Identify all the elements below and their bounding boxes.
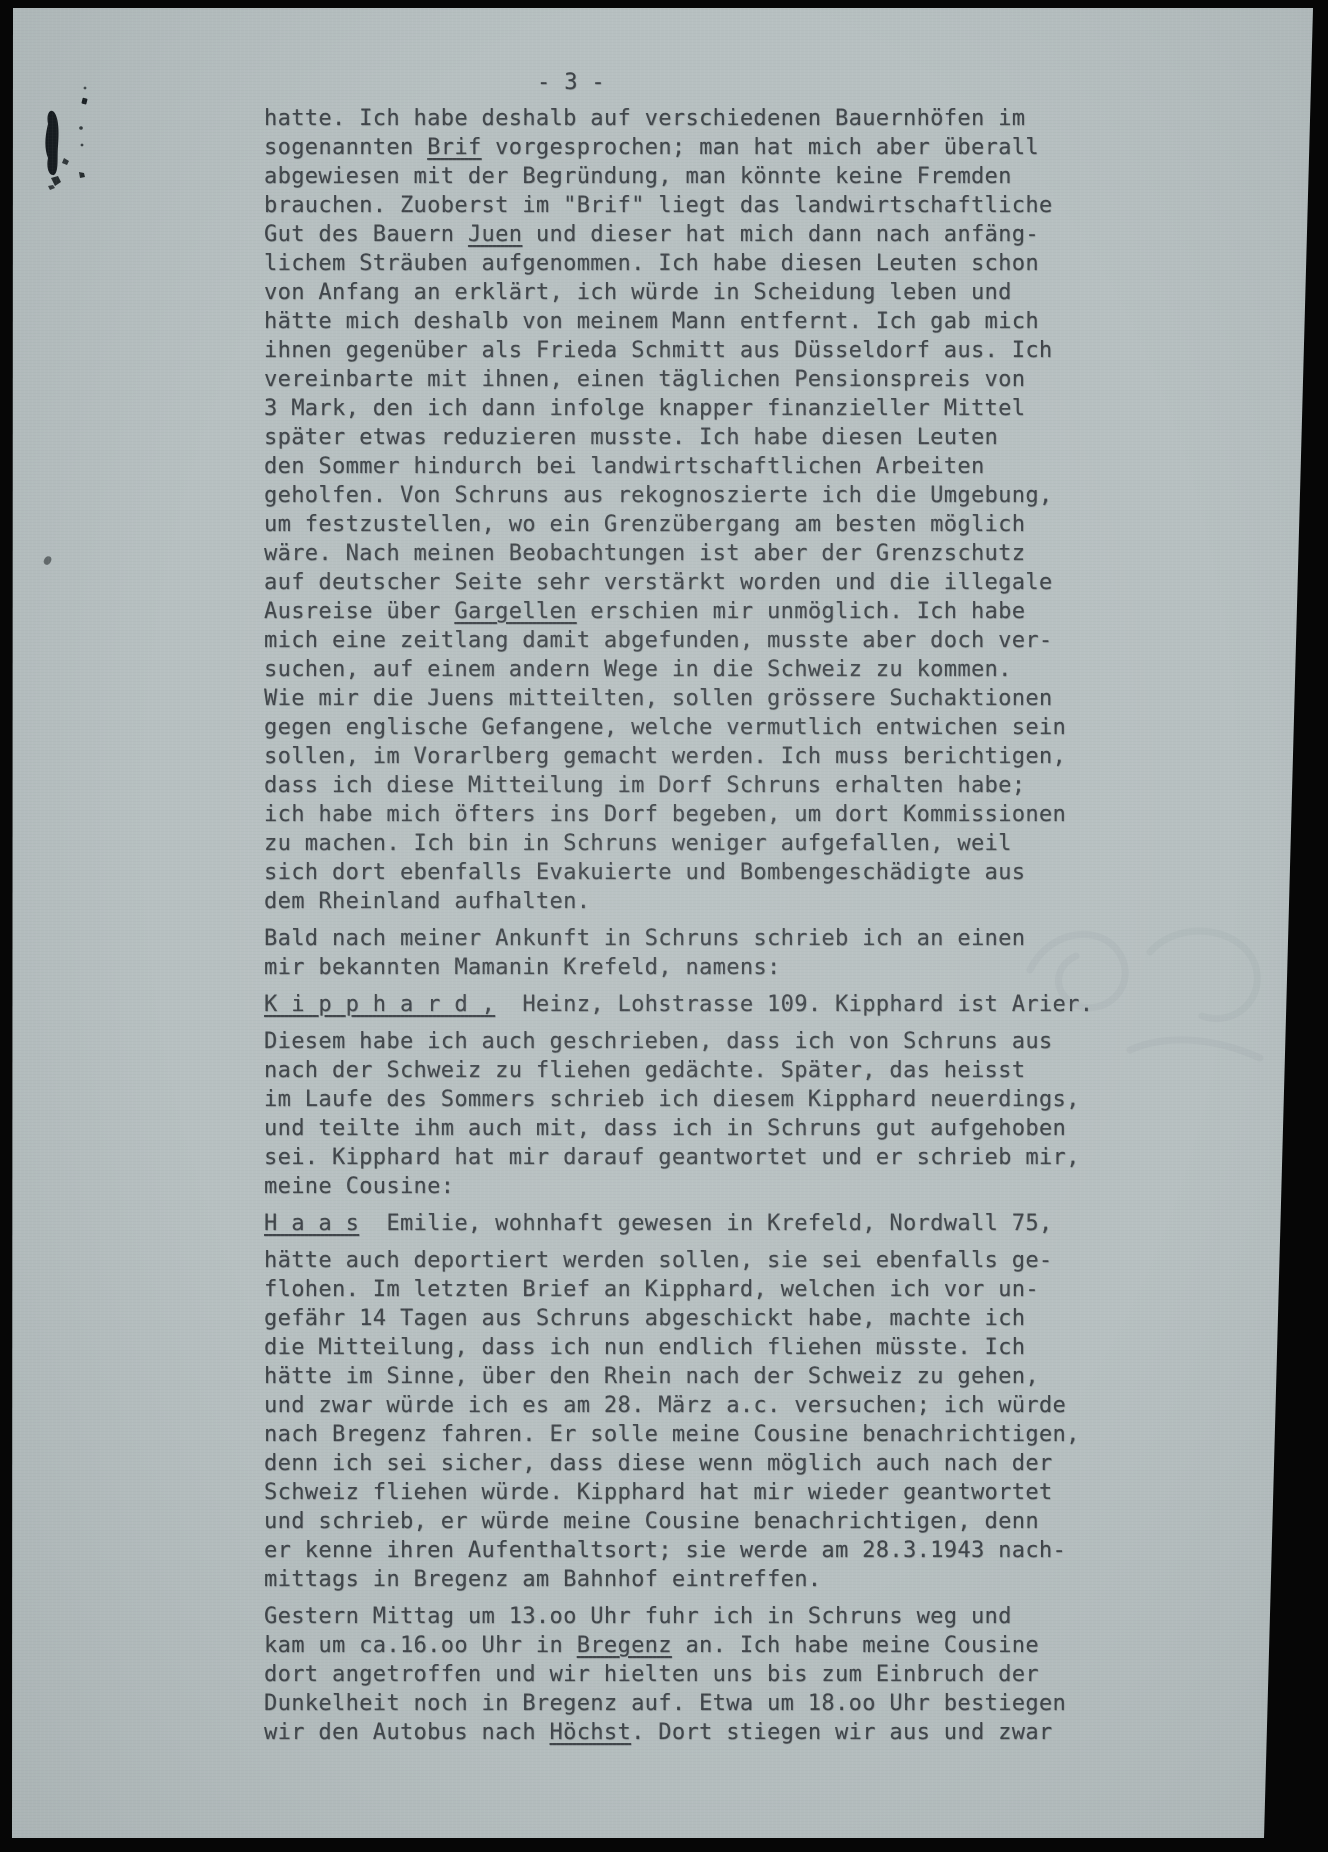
text-run: erschien mir unmöglich. Ich habe <box>577 599 1026 624</box>
text-run: ich habe mich öfters ins Dorf begeben, u… <box>264 802 1066 827</box>
paragraph: hatte. Ich habe deshalb auf verschiedene… <box>264 104 1124 916</box>
text-line: auf deutscher Seite sehr verstärkt worde… <box>264 568 1124 597</box>
text-run: kam um ca.16.oo Uhr in <box>264 1633 577 1658</box>
text-line: Diesem habe ich auch geschrieben, dass i… <box>264 1027 1124 1056</box>
text-run: hatte. Ich habe deshalb auf verschiedene… <box>264 106 1025 131</box>
text-run: 3 Mark, den ich dann infolge knapper fin… <box>264 396 1025 421</box>
text-run: Heinz, Lohstrasse 109. Kipphard ist Arie… <box>495 992 1093 1017</box>
text-run: ihnen gegenüber als Frieda Schmitt aus D… <box>264 338 1053 363</box>
text-run: im Laufe des Sommers schrieb ich diesem … <box>264 1087 1080 1112</box>
text-line: ihnen gegenüber als Frieda Schmitt aus D… <box>264 336 1124 365</box>
text-line: H a a s Emilie, wohnhaft gewesen in Kref… <box>264 1209 1124 1238</box>
text-line: hätte mich deshalb von meinem Mann entfe… <box>264 307 1124 336</box>
text-run: auf deutscher Seite sehr verstärkt worde… <box>264 570 1053 595</box>
faint-pencil-marks <box>1010 900 1290 1100</box>
text-run: flohen. Im letzten Brief an Kipphard, we… <box>264 1277 1039 1302</box>
text-line: mich eine zeitlang damit abgefunden, mus… <box>264 626 1124 655</box>
text-line: und zwar würde ich es am 28. März a.c. v… <box>264 1391 1124 1420</box>
text-line: kam um ca.16.oo Uhr in Bregenz an. Ich h… <box>264 1631 1124 1660</box>
text-line: ich habe mich öfters ins Dorf begeben, u… <box>264 800 1124 829</box>
text-line: lichem Sträuben aufgenommen. Ich habe di… <box>264 249 1124 278</box>
text-run: Gestern Mittag um 13.oo Uhr fuhr ich in … <box>264 1604 1012 1629</box>
text-line: geholfen. Von Schruns aus rekognoszierte… <box>264 481 1124 510</box>
text-run: und teilte ihm auch mit, dass ich in Sch… <box>264 1116 1066 1141</box>
text-run: suchen, auf einem andern Wege in die Sch… <box>264 657 1012 682</box>
text-run: die Mitteilung, dass ich nun endlich fli… <box>264 1335 1025 1360</box>
text-line: hätte im Sinne, über den Rhein nach der … <box>264 1362 1124 1391</box>
text-line: Ausreise über Gargellen erschien mir unm… <box>264 597 1124 626</box>
text-line: wäre. Nach meinen Beobachtungen ist aber… <box>264 539 1124 568</box>
text-line: K i p p h a r d , Heinz, Lohstrasse 109.… <box>264 990 1124 1019</box>
text-run: hätte auch deportiert werden sollen, sie… <box>264 1248 1053 1273</box>
text-run: hätte im Sinne, über den Rhein nach der … <box>264 1364 1039 1389</box>
text-run: sei. Kipphard hat mir darauf geantwortet… <box>264 1145 1080 1170</box>
text-line: Schweiz fliehen würde. Kipphard hat mir … <box>264 1478 1124 1507</box>
text-run: den Sommer hindurch bei landwirtschaftli… <box>264 454 985 479</box>
text-run: Schweiz fliehen würde. Kipphard hat mir … <box>264 1480 1053 1505</box>
text-run: geholfen. Von Schruns aus rekognoszierte… <box>264 483 1053 508</box>
text-run: Bald nach meiner Ankunft in Schruns schr… <box>264 926 1025 951</box>
text-run: sollen, im Vorarlberg gemacht werden. Ic… <box>264 744 1066 769</box>
text-run: und dieser hat mich dann nach anfäng- <box>522 222 1039 247</box>
text-line: er kenne ihren Aufenthaltsort; sie werde… <box>264 1536 1124 1565</box>
text-run: später etwas reduzieren musste. Ich habe… <box>264 425 998 450</box>
text-run: und zwar würde ich es am 28. März a.c. v… <box>264 1393 1066 1418</box>
underlined-text: H a a s <box>264 1211 359 1236</box>
text-run: und schrieb, er würde meine Cousine bena… <box>264 1509 1039 1534</box>
text-run: zu machen. Ich bin in Schruns weniger au… <box>264 831 1012 856</box>
text-line: um festzustellen, wo ein Grenzübergang a… <box>264 510 1124 539</box>
text-run: . Dort stiegen wir aus und zwar <box>631 1720 1052 1745</box>
text-line: nach Bregenz fahren. Er solle meine Cous… <box>264 1420 1124 1449</box>
text-line: gegen englische Gefangene, welche vermut… <box>264 713 1124 742</box>
text-line: Bald nach meiner Ankunft in Schruns schr… <box>264 924 1124 953</box>
text-run: wäre. Nach meinen Beobachtungen ist aber… <box>264 541 1025 566</box>
text-run: an. Ich habe meine Cousine <box>672 1633 1039 1658</box>
text-run: vereinbarte mit ihnen, einen täglichen P… <box>264 367 1025 392</box>
text-line: mir bekannten Mamanin Krefeld, namens: <box>264 953 1124 982</box>
text-line: dort angetroffen und wir hielten uns bis… <box>264 1660 1124 1689</box>
text-line: sogenannten Brif vorgesprochen; man hat … <box>264 133 1124 162</box>
document-body: hatte. Ich habe deshalb auf verschiedene… <box>264 104 1124 1747</box>
paragraph: hätte auch deportiert werden sollen, sie… <box>264 1246 1124 1594</box>
text-run: abgewiesen mit der Begründung, man könnt… <box>264 164 1012 189</box>
paragraph: H a a s Emilie, wohnhaft gewesen in Kref… <box>264 1209 1124 1238</box>
text-run: gegen englische Gefangene, welche vermut… <box>264 715 1066 740</box>
text-run: Wie mir die Juens mitteilten, sollen grö… <box>264 686 1053 711</box>
text-line: nach der Schweiz zu fliehen gedächte. Sp… <box>264 1056 1124 1085</box>
text-run: sich dort ebenfalls Evakuierte und Bombe… <box>264 860 1025 885</box>
text-line: später etwas reduzieren musste. Ich habe… <box>264 423 1124 452</box>
page-number: - 3 - <box>537 70 605 95</box>
text-run: um festzustellen, wo ein Grenzübergang a… <box>264 512 1025 537</box>
text-line: vereinbarte mit ihnen, einen täglichen P… <box>264 365 1124 394</box>
text-line: meine Cousine: <box>264 1172 1124 1201</box>
text-line: Dunkelheit noch in Bregenz auf. Etwa um … <box>264 1689 1124 1718</box>
underlined-text: Bregenz <box>577 1633 672 1658</box>
text-run: von Anfang an erklärt, ich würde in Sche… <box>264 280 1012 305</box>
underlined-text: Höchst <box>550 1720 632 1745</box>
scanned-page-background: - 3 - hatte. Ich habe deshalb auf versch… <box>0 0 1328 1852</box>
text-line: abgewiesen mit der Begründung, man könnt… <box>264 162 1124 191</box>
text-line: flohen. Im letzten Brief an Kipphard, we… <box>264 1275 1124 1304</box>
text-line: hätte auch deportiert werden sollen, sie… <box>264 1246 1124 1275</box>
text-run: nach der Schweiz zu fliehen gedächte. Sp… <box>264 1058 1025 1083</box>
text-line: sei. Kipphard hat mir darauf geantwortet… <box>264 1143 1124 1172</box>
text-run: meine Cousine: <box>264 1174 454 1199</box>
ink-blot <box>38 86 100 190</box>
text-run: dem Rheinland aufhalten. <box>264 889 590 914</box>
underlined-text: Brif <box>427 135 481 160</box>
text-line: den Sommer hindurch bei landwirtschaftli… <box>264 452 1124 481</box>
text-run: Diesem habe ich auch geschrieben, dass i… <box>264 1029 1053 1054</box>
text-run: dort angetroffen und wir hielten uns bis… <box>264 1662 1039 1687</box>
text-run: Emilie, wohnhaft gewesen in Krefeld, Nor… <box>359 1211 1052 1236</box>
text-run: Gut des Bauern <box>264 222 468 247</box>
text-run: lichem Sträuben aufgenommen. Ich habe di… <box>264 251 1039 276</box>
text-line: gefähr 14 Tagen aus Schruns abgeschickt … <box>264 1304 1124 1333</box>
text-line: 3 Mark, den ich dann infolge knapper fin… <box>264 394 1124 423</box>
text-run: mir bekannten Mamanin Krefeld, namens: <box>264 955 781 980</box>
text-line: Gestern Mittag um 13.oo Uhr fuhr ich in … <box>264 1602 1124 1631</box>
text-line: denn ich sei sicher, dass diese wenn mög… <box>264 1449 1124 1478</box>
text-line: Gut des Bauern Juen und dieser hat mich … <box>264 220 1124 249</box>
text-line: im Laufe des Sommers schrieb ich diesem … <box>264 1085 1124 1114</box>
text-run: gefähr 14 Tagen aus Schruns abgeschickt … <box>264 1306 1025 1331</box>
text-line: hatte. Ich habe deshalb auf verschiedene… <box>264 104 1124 133</box>
text-line: sich dort ebenfalls Evakuierte und Bombe… <box>264 858 1124 887</box>
text-run: brauchen. Zuoberst im "Brif" liegt das l… <box>264 193 1053 218</box>
text-run: wir den Autobus nach <box>264 1720 550 1745</box>
text-run: er kenne ihren Aufenthaltsort; sie werde… <box>264 1538 1066 1563</box>
paragraph: Bald nach meiner Ankunft in Schruns schr… <box>264 924 1124 982</box>
text-run: denn ich sei sicher, dass diese wenn mög… <box>264 1451 1053 1476</box>
text-line: dass ich diese Mitteilung im Dorf Schrun… <box>264 771 1124 800</box>
underlined-text: Gargellen <box>454 599 576 624</box>
text-run: Dunkelheit noch in Bregenz auf. Etwa um … <box>264 1691 1066 1716</box>
underlined-text: K i p p h a r d , <box>264 992 495 1017</box>
text-run: dass ich diese Mitteilung im Dorf Schrun… <box>264 773 1025 798</box>
text-line: von Anfang an erklärt, ich würde in Sche… <box>264 278 1124 307</box>
text-run: Ausreise über <box>264 599 454 624</box>
text-line: dem Rheinland aufhalten. <box>264 887 1124 916</box>
text-run: vorgesprochen; man hat mich aber überall <box>482 135 1039 160</box>
text-run: mittags in Bregenz am Bahnhof eintreffen… <box>264 1567 821 1592</box>
text-run: sogenannten <box>264 135 427 160</box>
text-line: brauchen. Zuoberst im "Brif" liegt das l… <box>264 191 1124 220</box>
text-line: und schrieb, er würde meine Cousine bena… <box>264 1507 1124 1536</box>
text-line: mittags in Bregenz am Bahnhof eintreffen… <box>264 1565 1124 1594</box>
paper-speck <box>43 555 53 566</box>
text-run: mich eine zeitlang damit abgefunden, mus… <box>264 628 1053 653</box>
text-line: Wie mir die Juens mitteilten, sollen grö… <box>264 684 1124 713</box>
underlined-text: Juen <box>468 222 522 247</box>
text-line: zu machen. Ich bin in Schruns weniger au… <box>264 829 1124 858</box>
text-run: hätte mich deshalb von meinem Mann entfe… <box>264 309 1039 334</box>
text-line: sollen, im Vorarlberg gemacht werden. Ic… <box>264 742 1124 771</box>
text-line: wir den Autobus nach Höchst. Dort stiege… <box>264 1718 1124 1747</box>
text-run: nach Bregenz fahren. Er solle meine Cous… <box>264 1422 1080 1447</box>
document-page: - 3 - hatte. Ich habe deshalb auf versch… <box>0 0 1328 1852</box>
text-line: die Mitteilung, dass ich nun endlich fli… <box>264 1333 1124 1362</box>
paragraph: Gestern Mittag um 13.oo Uhr fuhr ich in … <box>264 1602 1124 1747</box>
paragraph: Diesem habe ich auch geschrieben, dass i… <box>264 1027 1124 1201</box>
paragraph: K i p p h a r d , Heinz, Lohstrasse 109.… <box>264 990 1124 1019</box>
text-line: suchen, auf einem andern Wege in die Sch… <box>264 655 1124 684</box>
text-line: und teilte ihm auch mit, dass ich in Sch… <box>264 1114 1124 1143</box>
